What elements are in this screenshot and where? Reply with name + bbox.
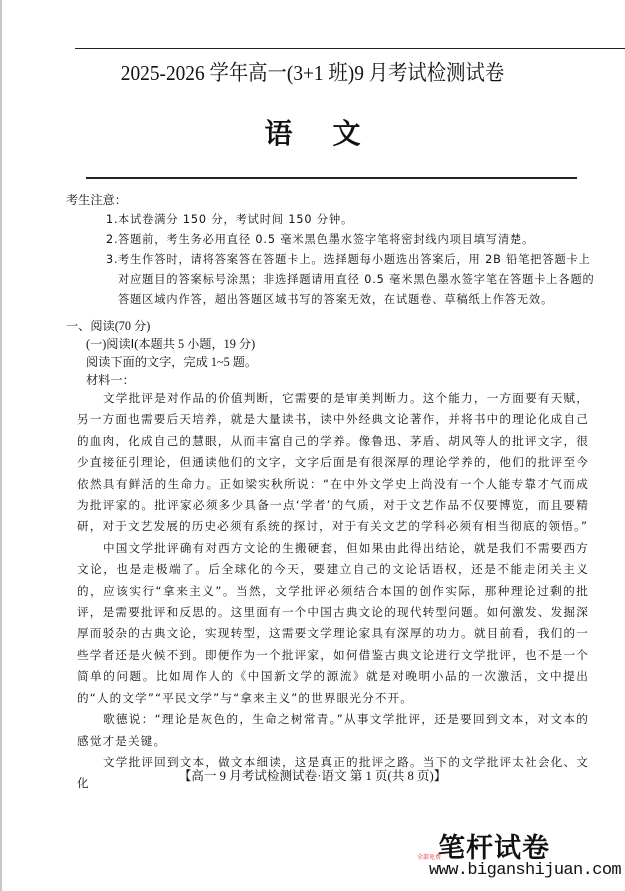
subpart-heading: (一)阅读Ⅰ(本题共 5 小题，19 分): [66, 335, 606, 353]
reading-passage: 文学批评是对作品的价值判断，它需要的是审美判断力。这个能力，一方面要有天赋，另一…: [77, 388, 589, 795]
passage-paragraph: 歌德说：“理论是灰色的，生命之树常青。”从事文学批评，还是要回到文本，对文本的感…: [77, 709, 589, 752]
watermark-logo: 笔杆试卷 全部免费 www.biganshijuan.com: [414, 826, 614, 886]
watermark-url: www.biganshijuan.com: [429, 861, 621, 880]
notice-item: 2.答题前，考生务必用直径 0.5 毫米黑色墨水签字笔将密封线内项目填写清楚。: [106, 230, 596, 250]
header-top-rule: [75, 48, 625, 49]
header-bottom-rule: [86, 177, 577, 179]
notice-item: 1.本试卷满分 150 分，考试时间 150 分钟。: [106, 210, 596, 230]
watermark-tag: 全部免费: [417, 852, 441, 861]
reading-section-header: 一、阅读(70 分) (一)阅读Ⅰ(本题共 5 小题，19 分) 阅读下面的文字…: [66, 317, 606, 389]
passage-paragraph: 文学批评是对作品的价值判断，它需要的是审美判断力。这个能力，一方面要有天赋，另一…: [77, 388, 589, 538]
exam-title: 2025-2026 学年高一(3+1 班)9 月考试检测试卷: [31, 56, 594, 87]
material-label: 材料一：: [66, 371, 606, 389]
notice-list: 1.本试卷满分 150 分，考试时间 150 分钟。 2.答题前，考生务必用直径…: [66, 210, 596, 310]
notice-heading: 考生注意：: [66, 190, 596, 210]
instruction: 阅读下面的文字，完成 1~5 题。: [66, 353, 606, 371]
subject-title: 语文: [0, 112, 625, 152]
page-footer: 【高一 9 月考试检测试卷·语文 第 1 页(共 8 页)】: [0, 765, 625, 784]
watermark-brand: 笔杆试卷: [438, 826, 550, 865]
part-heading: 一、阅读(70 分): [66, 317, 606, 335]
exam-notice: 考生注意： 1.本试卷满分 150 分，考试时间 150 分钟。 2.答题前，考…: [66, 190, 596, 310]
subject-char: 语: [264, 112, 292, 152]
notice-item: 3.考生作答时，请将答案答在答题卡上。选择题每小题选出答案后，用 2B 铅笔把答…: [106, 250, 596, 310]
passage-paragraph: 中国文学批评确有对西方文论的生搬硬套，但如果由此得出结论，就是我们不需要西方文论…: [77, 538, 589, 709]
subject-char: 文: [333, 112, 361, 152]
